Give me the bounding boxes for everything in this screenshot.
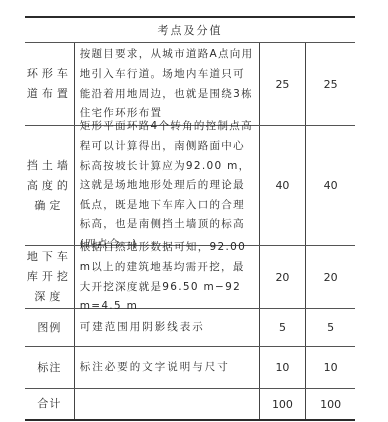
table-row: 图例 可建范围用阴影线表示 5 5 <box>25 309 355 347</box>
points-cell: 40 <box>305 126 355 245</box>
topic-cell: 挡土墙高度的确定 <box>25 126 74 245</box>
score-cell: 20 <box>259 246 306 308</box>
score-cell: 40 <box>259 126 306 245</box>
description-cell: 根据自然地形数据可知，92.00 m以上的建筑地基均需开挖，最大开挖深度就是96… <box>74 246 259 308</box>
topic-cell: 标注 <box>25 347 74 388</box>
table-row: 挡土墙高度的确定 矩形平面环路4个转角的控制点高程可以计算得出，南侧路面中心标高… <box>25 126 355 246</box>
topic-cell: 合计 <box>25 389 74 419</box>
description-cell: 标注必要的文字说明与尺寸 <box>74 347 259 388</box>
table-row: 环形车道布置 按题目要求，从城市道路A点向用地引入车行道。场地内车道只可能沿着用… <box>25 43 355 126</box>
table-header: 考点及分值 <box>25 18 355 43</box>
table-row-total: 合计 100 100 <box>25 389 355 419</box>
table-row: 地下车库开挖深度 根据自然地形数据可知，92.00 m以上的建筑地基均需开挖，最… <box>25 246 355 309</box>
score-cell: 5 <box>259 309 306 346</box>
points-cell: 20 <box>305 246 355 308</box>
points-cell: 10 <box>305 347 355 388</box>
description-cell: 矩形平面环路4个转角的控制点高程可以计算得出，南侧路面中心标高按坡长计算应为92… <box>74 126 259 245</box>
scoring-table: 考点及分值 环形车道布置 按题目要求，从城市道路A点向用地引入车行道。场地内车道… <box>25 16 355 421</box>
topic-cell: 地下车库开挖深度 <box>25 246 74 308</box>
score-cell: 25 <box>259 43 306 125</box>
score-cell: 100 <box>259 389 306 419</box>
points-cell: 100 <box>305 389 355 419</box>
points-cell: 5 <box>305 309 355 346</box>
points-cell: 25 <box>305 43 355 125</box>
description-cell <box>74 389 259 419</box>
score-cell: 10 <box>259 347 306 388</box>
description-cell: 可建范围用阴影线表示 <box>74 309 259 346</box>
topic-cell: 图例 <box>25 309 74 346</box>
table-row: 标注 标注必要的文字说明与尺寸 10 10 <box>25 347 355 389</box>
description-cell: 按题目要求，从城市道路A点向用地引入车行道。场地内车道只可能沿着用地周边，也就是… <box>74 43 259 125</box>
topic-cell: 环形车道布置 <box>25 43 74 125</box>
